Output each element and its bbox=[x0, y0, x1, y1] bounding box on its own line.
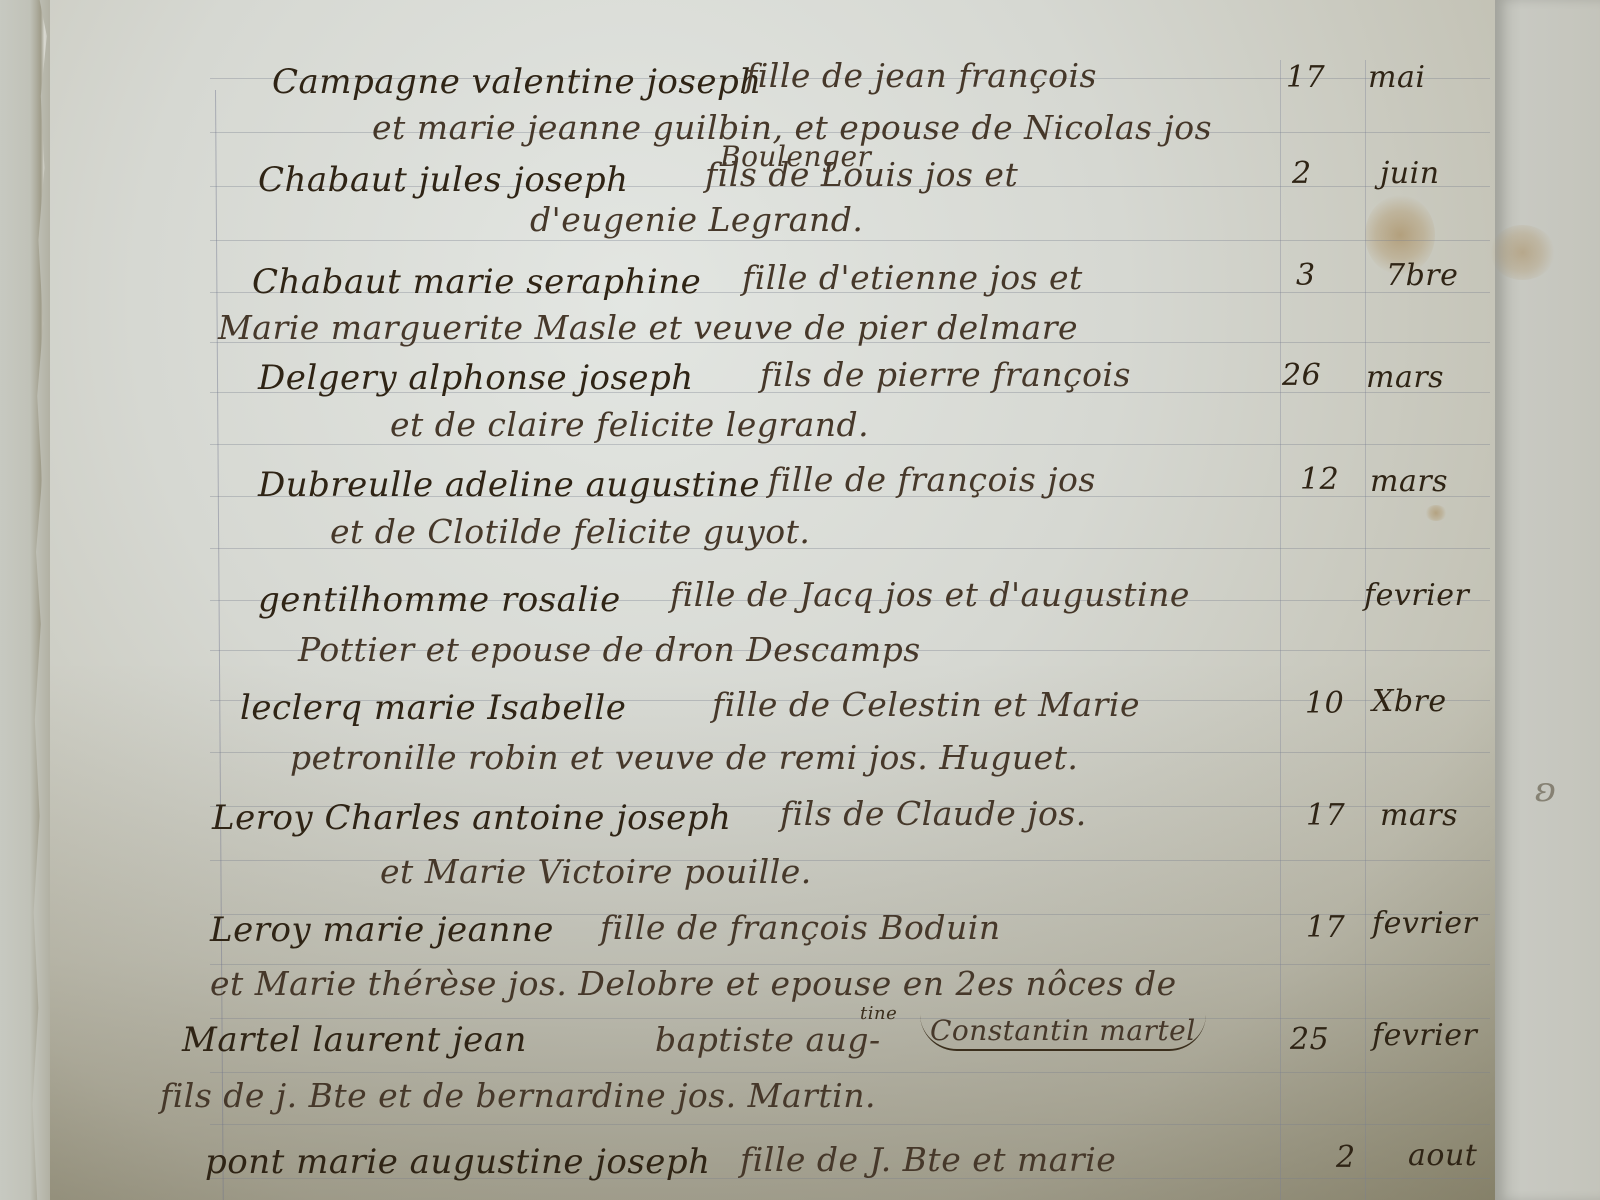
entry-name: pont marie augustine joseph bbox=[205, 1142, 711, 1182]
photo-stage: ʚ Campagne valentine joseph fille de jea… bbox=[0, 0, 1600, 1200]
entry-month: aout bbox=[1408, 1138, 1477, 1173]
entry-day: 2 bbox=[1336, 1140, 1356, 1175]
entry-parentage: fille de J. Bte et marie bbox=[740, 1140, 1116, 1179]
register-entry: pont marie augustine joseph fille de J. … bbox=[0, 0, 1600, 1200]
